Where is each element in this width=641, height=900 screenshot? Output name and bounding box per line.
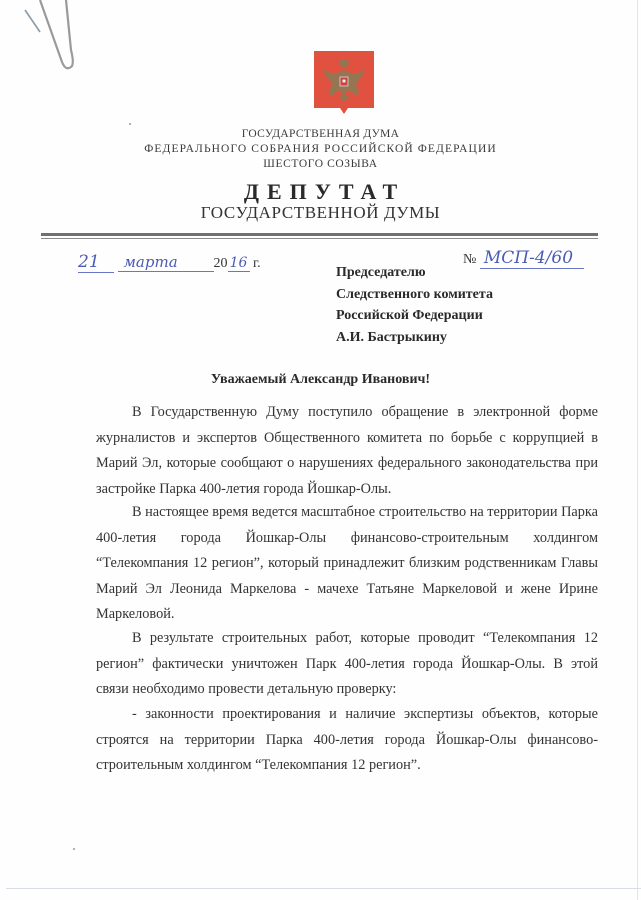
addressee-line-4: А.И. Бастрыкину xyxy=(336,327,493,349)
date-day: 21 xyxy=(78,252,114,273)
body-paragraph-3: В результате строительных работ, которые… xyxy=(96,626,598,703)
letterhead-line-2: ФЕДЕРАЛЬНОГО СОБРАНИЯ РОССИЙСКОЙ ФЕДЕРАЦ… xyxy=(0,143,641,155)
paragraph-text: - законности проектирования и наличие эк… xyxy=(96,702,598,779)
date-year-suffix: 16 xyxy=(228,255,250,272)
addressee-line-2: Следственного комитета xyxy=(336,284,493,306)
date-suffix: г. xyxy=(253,256,261,271)
letterhead-line-1: ГОСУДАРСТВЕННАЯ ДУМА xyxy=(0,128,641,140)
header-rule-thin xyxy=(41,238,598,239)
paragraph-text: В настоящее время ведется масштабное стр… xyxy=(96,500,598,628)
paragraph-text: В Государственную Думу поступило обращен… xyxy=(96,400,598,502)
coat-of-arms-icon xyxy=(313,50,375,116)
scan-speck xyxy=(73,848,75,850)
body-paragraph-2: В настоящее время ведется масштабное стр… xyxy=(96,500,598,628)
date-line: 21 марта2016 г. xyxy=(78,252,261,273)
body-paragraph-4: - законности проектирования и наличие эк… xyxy=(96,702,598,779)
paperclip-icon xyxy=(22,0,82,72)
paragraph-text: В результате строительных работ, которые… xyxy=(96,626,598,703)
header-rule-thick xyxy=(41,233,598,236)
date-month: марта xyxy=(118,253,214,272)
letterhead-line-3: ШЕСТОГО СОЗЫВА xyxy=(0,158,641,170)
date-year-prefix: 20 xyxy=(214,256,228,271)
scan-speck xyxy=(129,123,131,125)
greeting: Уважаемый Александр Иванович! xyxy=(0,372,641,388)
body-paragraph-1: В Государственную Думу поступило обращен… xyxy=(96,400,598,502)
reference-value: МСП-4/60 xyxy=(480,248,584,269)
scan-edge-bottom xyxy=(6,888,641,889)
letterhead-subtitle: ГОСУДАРСТВЕННОЙ ДУМЫ xyxy=(0,203,641,223)
addressee-line-3: Российской Федерации xyxy=(336,305,493,327)
addressee-line-1: Председателю xyxy=(336,262,493,284)
addressee-block: Председателю Следственного комитета Росс… xyxy=(336,262,493,348)
letterhead-title: ДЕПУТАТ xyxy=(0,179,641,205)
